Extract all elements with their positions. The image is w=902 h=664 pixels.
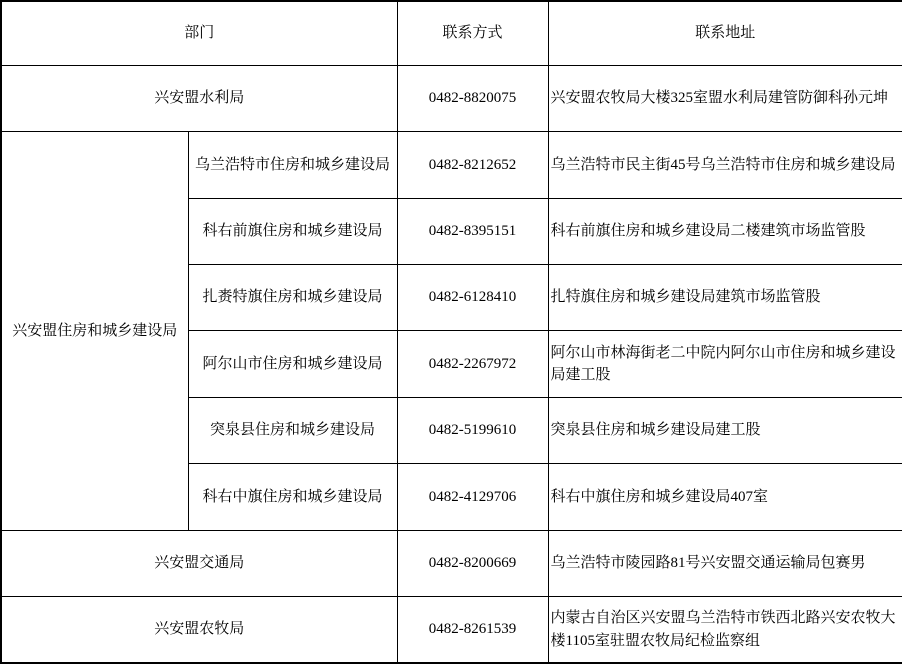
sub-dept-cell: 突泉县住房和城乡建设局 [188, 397, 397, 463]
address-cell: 突泉县住房和城乡建设局建工股 [548, 397, 902, 463]
phone-cell: 0482-2267972 [397, 331, 548, 397]
header-address: 联系地址 [548, 1, 902, 65]
sub-dept-cell: 科右中旗住房和城乡建设局 [188, 464, 397, 530]
table-row: 兴安盟交通局 0482-8200669 乌兰浩特市陵园路81号兴安盟交通运输局包… [1, 530, 902, 596]
address-cell: 阿尔山市林海街老二中院内阿尔山市住房和城乡建设局建工股 [548, 331, 902, 397]
table-row: 兴安盟住房和城乡建设局 乌兰浩特市住房和城乡建设局 0482-8212652 乌… [1, 132, 902, 198]
address-cell: 乌兰浩特市陵园路81号兴安盟交通运输局包赛男 [548, 530, 902, 596]
contact-table: 部门 联系方式 联系地址 兴安盟水利局 0482-8820075 兴安盟农牧局大… [0, 0, 902, 664]
dept-cell: 兴安盟交通局 [1, 530, 397, 596]
dept-cell: 兴安盟农牧局 [1, 597, 397, 664]
phone-cell: 0482-8395151 [397, 198, 548, 264]
sub-dept-cell: 扎赉特旗住房和城乡建设局 [188, 265, 397, 331]
phone-cell: 0482-5199610 [397, 397, 548, 463]
phone-cell: 0482-6128410 [397, 265, 548, 331]
phone-cell: 0482-8212652 [397, 132, 548, 198]
header-contact: 联系方式 [397, 1, 548, 65]
sub-dept-cell: 乌兰浩特市住房和城乡建设局 [188, 132, 397, 198]
sub-dept-cell: 阿尔山市住房和城乡建设局 [188, 331, 397, 397]
phone-cell: 0482-8200669 [397, 530, 548, 596]
page: 部门 联系方式 联系地址 兴安盟水利局 0482-8820075 兴安盟农牧局大… [0, 0, 902, 664]
address-cell: 乌兰浩特市民主街45号乌兰浩特市住房和城乡建设局 [548, 132, 902, 198]
table-row: 兴安盟水利局 0482-8820075 兴安盟农牧局大楼325室盟水利局建管防御… [1, 65, 902, 131]
table-row: 兴安盟农牧局 0482-8261539 内蒙古自治区兴安盟乌兰浩特市铁西北路兴安… [1, 597, 902, 664]
dept-cell: 兴安盟水利局 [1, 65, 397, 131]
sub-dept-cell: 科右前旗住房和城乡建设局 [188, 198, 397, 264]
header-dept: 部门 [1, 1, 397, 65]
address-cell: 内蒙古自治区兴安盟乌兰浩特市铁西北路兴安农牧大楼1105室驻盟农牧局纪检监察组 [548, 597, 902, 664]
address-cell: 扎特旗住房和城乡建设局建筑市场监管股 [548, 265, 902, 331]
address-cell: 科右前旗住房和城乡建设局二楼建筑市场监管股 [548, 198, 902, 264]
phone-cell: 0482-4129706 [397, 464, 548, 530]
phone-cell: 0482-8820075 [397, 65, 548, 131]
header-row: 部门 联系方式 联系地址 [1, 1, 902, 65]
address-cell: 兴安盟农牧局大楼325室盟水利局建管防御科孙元坤 [548, 65, 902, 131]
group-dept-cell: 兴安盟住房和城乡建设局 [1, 132, 188, 530]
phone-cell: 0482-8261539 [397, 597, 548, 664]
address-cell: 科右中旗住房和城乡建设局407室 [548, 464, 902, 530]
